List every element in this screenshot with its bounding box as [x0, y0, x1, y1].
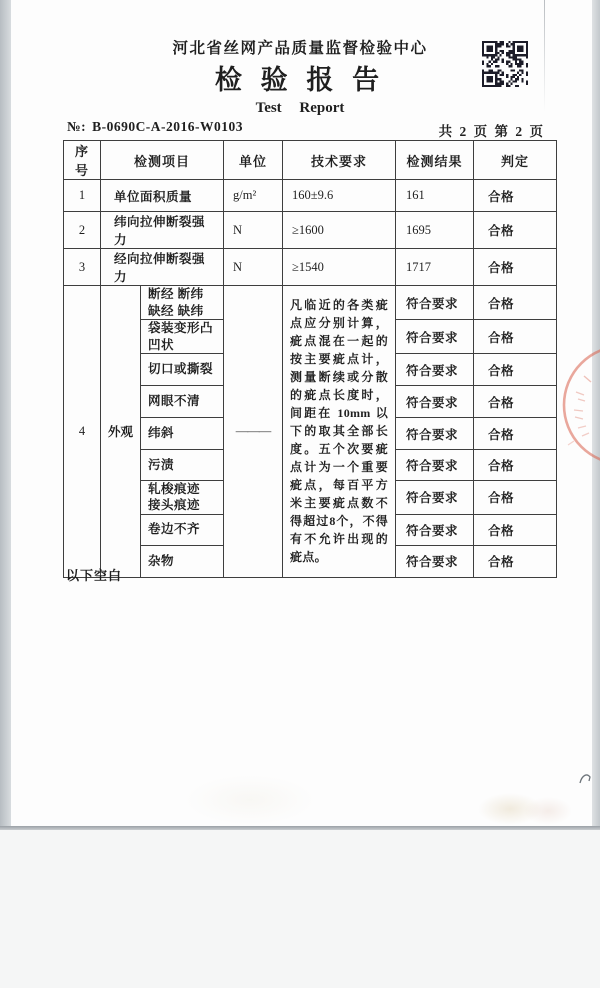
sub-result: 符合要求: [396, 286, 474, 320]
row-no: 2: [64, 212, 101, 249]
sub-judgment: 合格: [474, 418, 557, 450]
report-number-line: №:B-0690C-A-2016-W0103: [67, 119, 243, 135]
row-item: 经向拉伸断裂强力: [101, 249, 224, 286]
appearance-sub-row: 4 外观 断经 断纬 缺经 缺纬 ——— 凡临近的各类疵点应分别计算，疵点混在一…: [64, 286, 557, 320]
sub-result: 符合要求: [396, 481, 474, 515]
sub-item: 污渍: [141, 450, 224, 481]
sub-result: 符合要求: [396, 386, 474, 418]
sub-judgment: 合格: [474, 481, 557, 515]
paper-smudge: [185, 775, 315, 825]
row-judgment: 合格: [474, 249, 557, 286]
sub-judgment: 合格: [474, 450, 557, 481]
row-requirement: ≥1540: [283, 249, 396, 286]
row-requirement: ≥1600: [283, 212, 396, 249]
sub-result: 符合要求: [396, 545, 474, 577]
row-unit: g/m²: [224, 180, 283, 212]
pen-mark: [578, 771, 594, 789]
table-row: 3 经向拉伸断裂强力 N ≥1540 1717 合格: [64, 249, 557, 286]
col-header-requirement: 技术要求: [283, 141, 396, 180]
col-header-judgment: 判定: [474, 141, 557, 180]
sub-judgment: 合格: [474, 545, 557, 577]
row-unit: N: [224, 212, 283, 249]
sub-judgment: 合格: [474, 320, 557, 354]
row-unit: N: [224, 249, 283, 286]
scanned-report-page: 河北省丝网产品质量监督检验中心 检 验 报 告 Test Report №:B-…: [0, 0, 600, 988]
appearance-item-label: 外观: [101, 286, 141, 578]
row-requirement: 160±9.6: [283, 180, 396, 212]
row-result: 1695: [396, 212, 474, 249]
row-no: 3: [64, 249, 101, 286]
report-title-english: Test Report: [30, 100, 570, 117]
sub-result: 符合要求: [396, 514, 474, 545]
page-count-info: 共 2 页 第 2 页: [439, 120, 545, 140]
sub-item: 纬斜: [141, 418, 224, 450]
paper-smudge: [524, 797, 572, 825]
blank-below-note: 以下空白: [66, 565, 122, 584]
scanner-background: [0, 830, 600, 988]
test-result-table: 序号 检测项目 单位 技术要求 检测结果 判定 1 单位面积质量 g/m² 16…: [63, 140, 557, 578]
qr-code-icon: [482, 41, 528, 87]
row-judgment: 合格: [474, 212, 557, 249]
sub-item: 杂物: [141, 545, 224, 577]
sub-item: 轧梭痕迹 接头痕迹: [141, 481, 224, 515]
row-item: 纬向拉伸断裂强力: [101, 212, 224, 249]
appearance-unit: ———: [224, 286, 283, 578]
row-judgment: 合格: [474, 180, 557, 212]
sub-result: 符合要求: [396, 354, 474, 386]
row-result: 1717: [396, 249, 474, 286]
scan-right-edge: [592, 0, 600, 830]
report-number-value: B-0690C-A-2016-W0103: [92, 119, 243, 134]
sub-item: 切口或撕裂: [141, 354, 224, 386]
sub-item: 卷边不齐: [141, 514, 224, 545]
col-header-no: 序号: [64, 141, 101, 180]
table-row: 2 纬向拉伸断裂强力 N ≥1600 1695 合格: [64, 212, 557, 249]
sub-result: 符合要求: [396, 320, 474, 354]
sub-item: 袋装变形凸凹状: [141, 320, 224, 354]
row-result: 161: [396, 180, 474, 212]
col-header-item: 检测项目: [101, 141, 224, 180]
sub-judgment: 合格: [474, 354, 557, 386]
sub-result: 符合要求: [396, 450, 474, 481]
report-number-label: №:: [67, 119, 86, 134]
col-header-unit: 单位: [224, 141, 283, 180]
col-header-result: 检测结果: [396, 141, 474, 180]
row-no: 4: [64, 286, 101, 578]
sub-judgment: 合格: [474, 286, 557, 320]
scan-left-edge: [0, 0, 11, 830]
sub-judgment: 合格: [474, 514, 557, 545]
appearance-requirement: 凡临近的各类疵点应分别计算，疵点混在一起的按主要疵点计，测量断续或分散的疵点长度…: [283, 286, 396, 578]
sub-result: 符合要求: [396, 418, 474, 450]
sub-item: 断经 断纬 缺经 缺纬: [141, 286, 224, 320]
row-no: 1: [64, 180, 101, 212]
table-row: 1 单位面积质量 g/m² 160±9.6 161 合格: [64, 180, 557, 212]
table-header-row: 序号 检测项目 单位 技术要求 检测结果 判定: [64, 141, 557, 180]
sub-item: 网眼不清: [141, 386, 224, 418]
sub-judgment: 合格: [474, 386, 557, 418]
row-item: 单位面积质量: [101, 180, 224, 212]
